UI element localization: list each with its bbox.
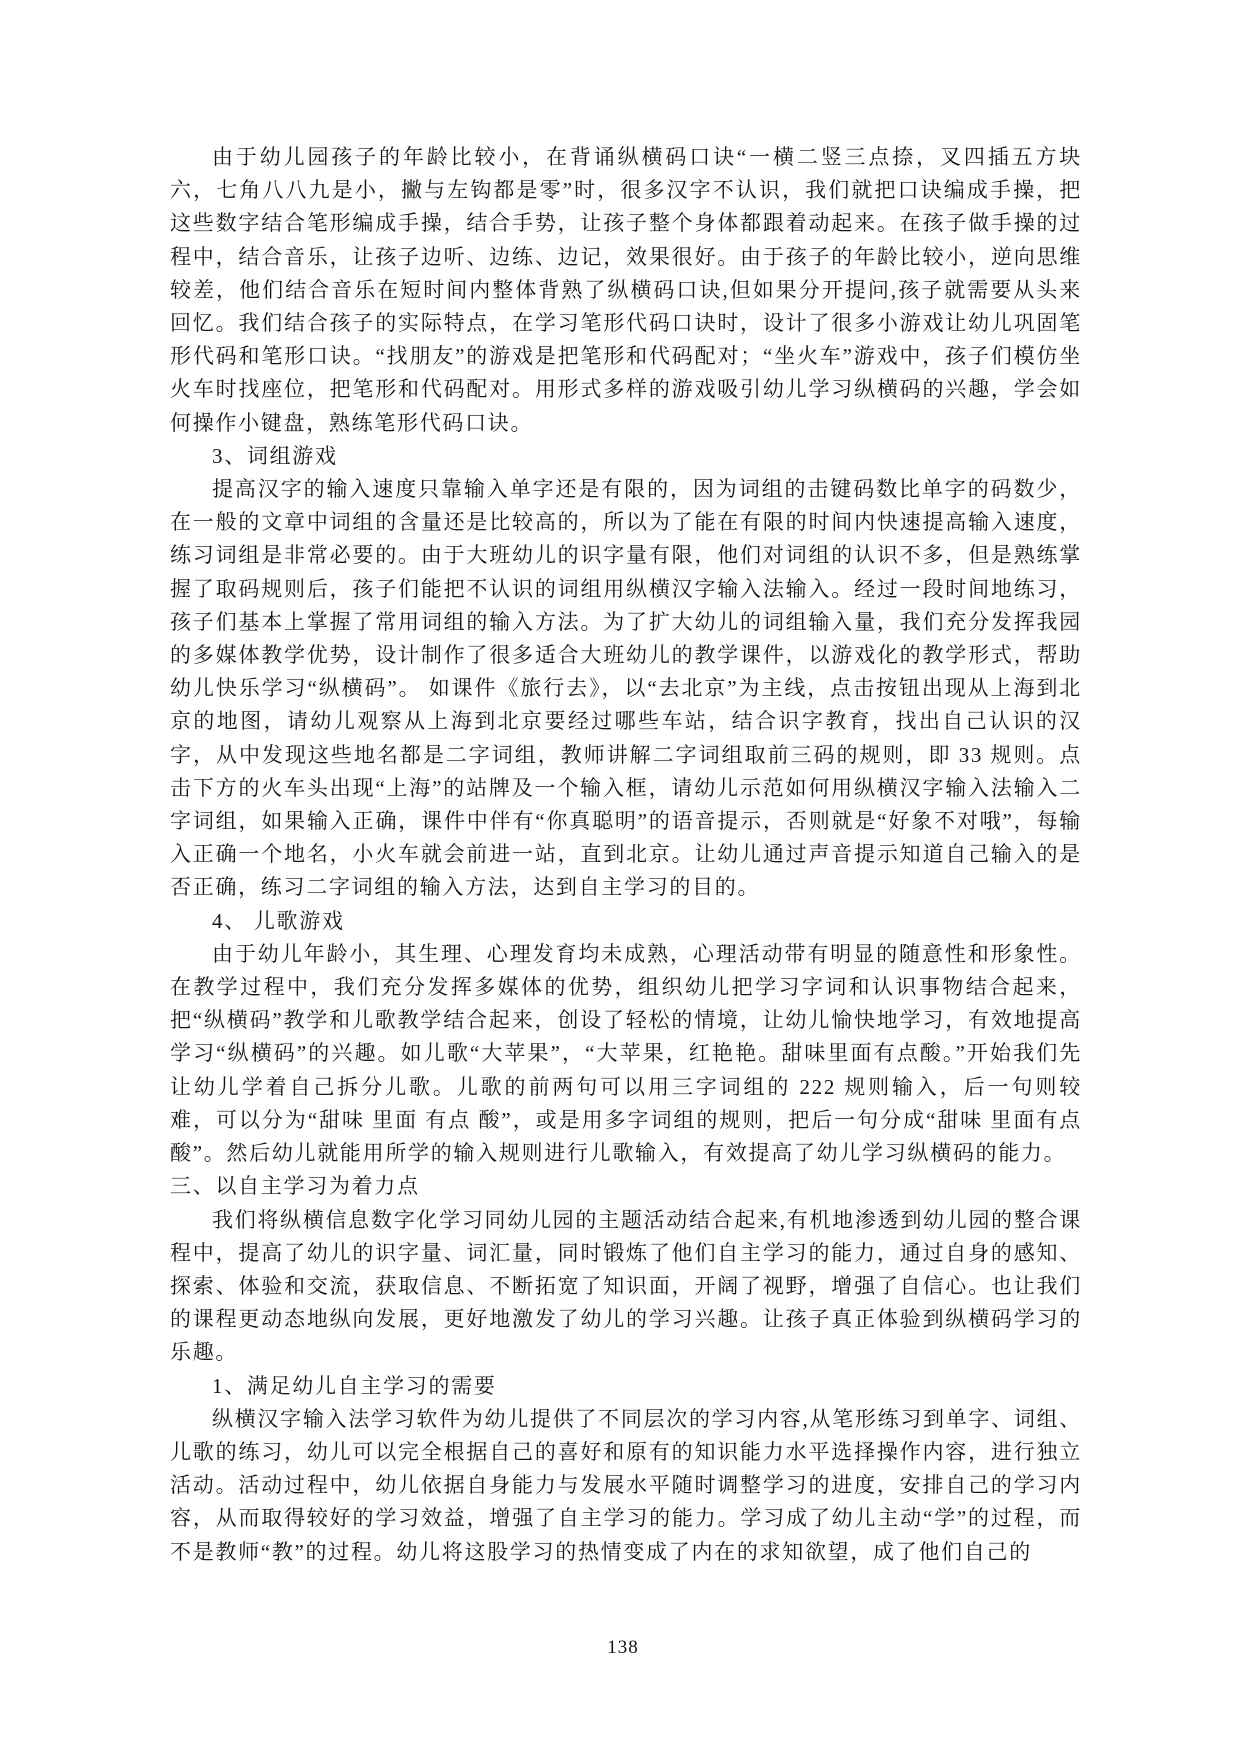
paragraph-rhyme-games: 由于幼儿年龄小，其生理、心理发育均未成熟，心理活动带有明显的随意性和形象性。在教… bbox=[170, 938, 1082, 1170]
heading-phrase-games: 3、词组游戏 bbox=[170, 440, 1082, 473]
heading-self-learning-needs: 1、满足幼儿自主学习的需要 bbox=[170, 1370, 1082, 1403]
paragraph-self-learning-needs: 纵横汉字输入法学习软件为幼儿提供了不同层次的学习内容,从笔形练习到单字、词组、儿… bbox=[170, 1403, 1082, 1569]
document-page: 由于幼儿园孩子的年龄比较小，在背诵纵横码口诀“一横二竖三点捺，叉四插五方块六，七… bbox=[0, 0, 1246, 1763]
text-block: 由于幼儿园孩子的年龄比较小，在背诵纵横码口诀“一横二竖三点捺，叉四插五方块六，七… bbox=[170, 141, 1082, 1569]
paragraph-self-learning-overview: 我们将纵横信息数字化学习同幼儿园的主题活动结合起来,有机地渗透到幼儿园的整合课程… bbox=[170, 1204, 1082, 1370]
heading-rhyme-games: 4、 儿歌游戏 bbox=[170, 905, 1082, 938]
paragraph-phrase-games: 提高汉字的输入速度只靠输入单字还是有限的，因为词组的击键码数比单字的码数少，在一… bbox=[170, 473, 1082, 905]
page-number: 138 bbox=[0, 1637, 1246, 1659]
section-heading-self-learning: 三、以自主学习为着力点 bbox=[170, 1170, 1082, 1203]
paragraph-hand-exercise-games: 由于幼儿园孩子的年龄比较小，在背诵纵横码口诀“一横二竖三点捺，叉四插五方块六，七… bbox=[170, 141, 1082, 440]
